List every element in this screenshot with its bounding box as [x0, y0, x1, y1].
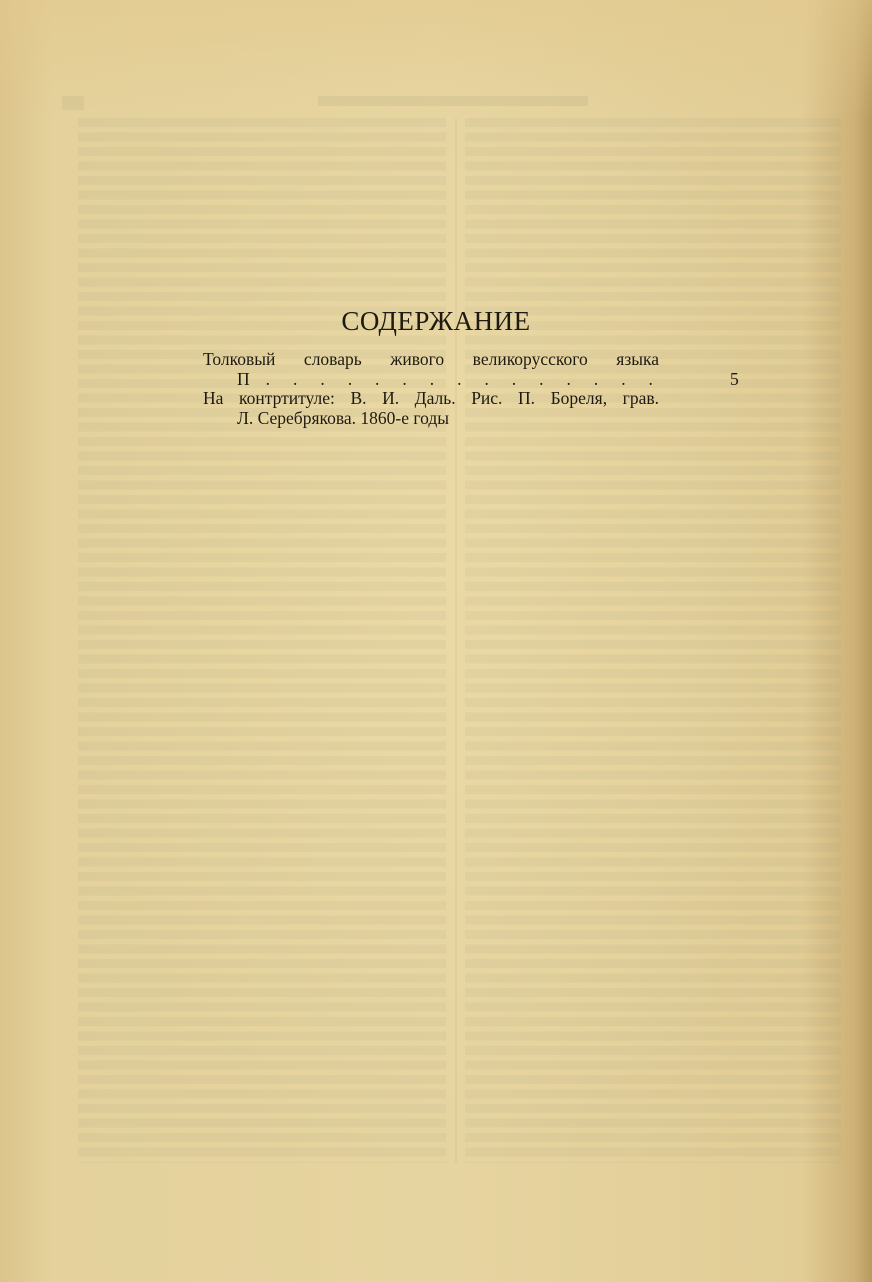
toc-entry-subtitle: П [203, 370, 250, 390]
toc-entry-continuation: Л. Серебрякова. 1860-е годы [203, 409, 743, 429]
toc-entry-frontispiece: На контртитуле: В. И. Даль. Рис. П. Боре… [203, 389, 743, 428]
table-of-contents: Толковый словарь живого великорусского я… [203, 350, 743, 428]
toc-entry-title: Толковый словарь живого великорусского я… [203, 350, 659, 370]
toc-entry-title: На контртитуле: В. И. Даль. Рис. П. Боре… [203, 389, 659, 409]
toc-entry-leader-row: П . . . . . . . . . . . . . . . . . . . … [203, 370, 659, 390]
toc-entry-dictionary[interactable]: Толковый словарь живого великорусского я… [203, 350, 743, 389]
toc-heading: СОДЕРЖАНИЕ [0, 306, 872, 337]
show-through-left-column [78, 118, 446, 1163]
show-through-right-column [465, 118, 841, 1163]
book-page: СОДЕРЖАНИЕ Толковый словарь живого велик… [0, 0, 872, 1282]
show-through-folio [62, 96, 84, 110]
dot-leaders: . . . . . . . . . . . . . . . . . . . . [266, 370, 659, 390]
toc-page-number: 5 [730, 370, 739, 390]
show-through-running-head [318, 96, 588, 106]
show-through-column-rule [455, 118, 457, 1163]
